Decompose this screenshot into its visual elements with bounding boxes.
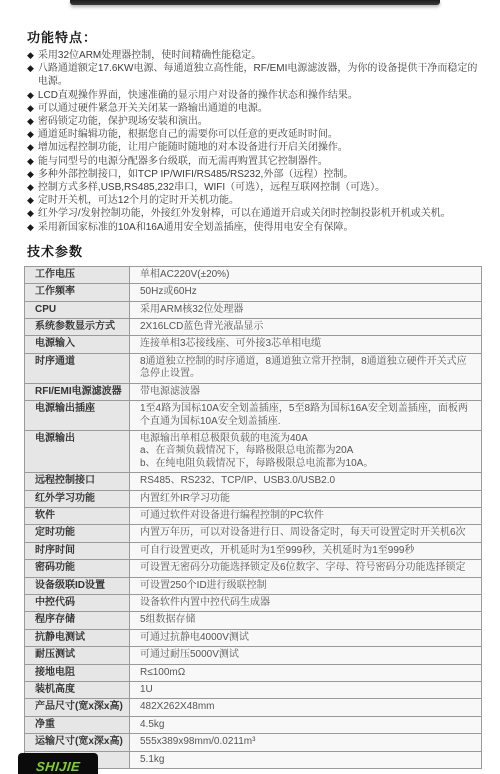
spec-row: RFI/EMI电源滤波器带电源滤波器 bbox=[25, 383, 482, 400]
feature-text: 定时开关机，可达12个月的定时开关机功能。 bbox=[38, 194, 239, 207]
feature-item: ◆增加远程控制功能，让用户能随时随地的对本设备进行开启关闭操作。 bbox=[27, 141, 483, 154]
spec-row: CPU采用ARM核32位处理器 bbox=[25, 301, 482, 318]
feature-text: 控制方式多样,USB,RS485,232串口，WIFI（可选），远程互联网控制（… bbox=[38, 181, 385, 194]
diamond-bullet-icon: ◆ bbox=[27, 194, 34, 207]
specs-table-body: 工作电压单相AC220V(±20%)工作频率50Hz或60HzCPU采用ARM核… bbox=[25, 266, 482, 768]
feature-item: ◆八路通道额定17.6KW电源、每通道独立高性能，RF/EMI电源滤波器，为你的… bbox=[27, 62, 483, 88]
spec-label: 远程控制接口 bbox=[25, 473, 130, 490]
feature-item: ◆采用新国家标准的10A和16A通用安全划盖插座，使得用电安全有保障。 bbox=[27, 221, 483, 234]
diamond-bullet-icon: ◆ bbox=[27, 221, 34, 234]
spec-row: 程序存储5组数据存储 bbox=[25, 612, 482, 629]
spec-label: 程序存储 bbox=[25, 612, 130, 629]
spec-row: 设备级联ID设置可设置250个ID进行级联控制 bbox=[25, 577, 482, 594]
diamond-bullet-icon: ◆ bbox=[27, 128, 34, 141]
spec-value: 可通过软件对设备进行编程控制的PC软件 bbox=[130, 507, 482, 524]
spec-label: 中控代码 bbox=[25, 594, 130, 611]
spec-value: 单相AC220V(±20%) bbox=[130, 266, 482, 283]
spec-row: 抗静电测试可通过抗静电4000V测试 bbox=[25, 629, 482, 646]
spec-label: 运输尺寸(宽x深x高) bbox=[25, 734, 130, 751]
feature-text: 增加远程控制功能，让用户能随时随地的对本设备进行开启关闭操作。 bbox=[38, 141, 348, 154]
diamond-bullet-icon: ◆ bbox=[27, 141, 34, 154]
spec-value: 可自行设置更改，开机延时为1至999秒，关机延时为1至999秒 bbox=[130, 542, 482, 559]
spec-row: 电源输入连接单相3芯接线座、可外接3芯单相电缆 bbox=[25, 336, 482, 353]
spec-value: 50Hz或60Hz bbox=[130, 284, 482, 301]
product-image-bottom-edge bbox=[70, 0, 440, 5]
diamond-bullet-icon: ◆ bbox=[27, 207, 34, 220]
spec-row: 远程控制接口RS485、RS232、TCP/IP、USB3.0/USB2.0 bbox=[25, 473, 482, 490]
spec-row: 产品尺寸(宽x深x高)482X262X48mm bbox=[25, 699, 482, 716]
feature-item: ◆红外学习/发射控制功能，外接红外发射棒，可以在通道开启或关闭时控制投影机开机或… bbox=[27, 207, 483, 220]
spec-value: 内置红外IR学习功能 bbox=[130, 490, 482, 507]
feature-text: 密码锁定功能，保护现场安装和演出。 bbox=[38, 115, 208, 128]
feature-text: 通道延时编辑功能，根据您自己的需要你可以任意的更改延时时间。 bbox=[38, 128, 338, 141]
feature-text: 采用32位ARM处理器控制，使时间精确性能稳定。 bbox=[38, 49, 261, 62]
spec-value: 4.5kg bbox=[130, 716, 482, 733]
spec-value: 555x389x98mm/0.0211m³ bbox=[130, 734, 482, 751]
spec-label: 定时功能 bbox=[25, 525, 130, 542]
diamond-bullet-icon: ◆ bbox=[27, 115, 34, 128]
spec-value: 2X16LCD蓝色背光液晶显示 bbox=[130, 319, 482, 336]
spec-row: 工作频率50Hz或60Hz bbox=[25, 284, 482, 301]
spec-row: 软件可通过软件对设备进行编程控制的PC软件 bbox=[25, 507, 482, 524]
diamond-bullet-icon: ◆ bbox=[27, 49, 34, 62]
feature-item: ◆定时开关机，可达12个月的定时开关机功能。 bbox=[27, 194, 483, 207]
spec-label: 工作频率 bbox=[25, 284, 130, 301]
brand-logo: SHIJIE bbox=[18, 753, 98, 774]
spec-row: 电源输出插座1至4路为国标10A安全划盖插座，5至8路为国标16A安全划盖插座，… bbox=[25, 401, 482, 431]
spec-sheet-page: 功能特点： ◆采用32位ARM处理器控制，使时间精确性能稳定。◆八路通道额定17… bbox=[0, 0, 500, 774]
spec-label: 耐压测试 bbox=[25, 647, 130, 664]
spec-row: 时序通道8通道独立控制的时序通道，8通道独立常开控制，8通道独立硬件开关式应急停… bbox=[25, 353, 482, 383]
spec-row: 定时功能内置万年历，可以对设备进行日、周设备定时，每天可设置定时开关机6次 bbox=[25, 525, 482, 542]
spec-value: 带电源滤波器 bbox=[130, 383, 482, 400]
spec-value: 可通过耐压5000V测试 bbox=[130, 647, 482, 664]
feature-text: LCD直观操作界面，快速准确的显示用户对设备的操作状态和操作结果。 bbox=[38, 89, 358, 102]
feature-item: ◆密码锁定功能，保护现场安装和演出。 bbox=[27, 115, 483, 128]
spec-value: 内置万年历，可以对设备进行日、周设备定时，每天可设置定时开关机6次 bbox=[130, 525, 482, 542]
feature-text: 能与同型号的电源分配器多台级联，而无需再购置其它控制器件。 bbox=[38, 155, 328, 168]
feature-text: 红外学习/发射控制功能，外接红外发射棒，可以在通道开启或关闭时控制投影机开机或关… bbox=[38, 207, 451, 220]
spec-value: 1至4路为国标10A安全划盖插座，5至8路为国标16A安全划盖插座，面板两个直通… bbox=[130, 401, 482, 431]
spec-value: 设备软件内置中控代码生成器 bbox=[130, 594, 482, 611]
feature-text: 采用新国家标准的10A和16A通用安全划盖插座，使得用电安全有保障。 bbox=[38, 221, 354, 234]
spec-row: 电源输出电源输出单相总极限负载的电流为40A a、在音频负载情况下，每路极限总电… bbox=[25, 430, 482, 472]
spec-row: 运输尺寸(宽x深x高)555x389x98mm/0.0211m³ bbox=[25, 734, 482, 751]
spec-value: 电源输出单相总极限负载的电流为40A a、在音频负载情况下，每路极限总电流都为2… bbox=[130, 430, 482, 472]
spec-row: 系统参数显示方式2X16LCD蓝色背光液晶显示 bbox=[25, 319, 482, 336]
spec-row: 装机高度1U bbox=[25, 682, 482, 699]
features-list: ◆采用32位ARM处理器控制，使时间精确性能稳定。◆八路通道额定17.6KW电源… bbox=[27, 49, 483, 234]
spec-label: 系统参数显示方式 bbox=[25, 319, 130, 336]
diamond-bullet-icon: ◆ bbox=[27, 168, 34, 181]
brand-logo-text: SHIJIE bbox=[35, 759, 81, 774]
diamond-bullet-icon: ◆ bbox=[27, 155, 34, 168]
spec-label: 接地电阻 bbox=[25, 664, 130, 681]
feature-item: ◆采用32位ARM处理器控制，使时间精确性能稳定。 bbox=[27, 49, 483, 62]
feature-item: ◆可以通过硬件紧急开关关闭某一路输出通道的电源。 bbox=[27, 102, 483, 115]
spec-label: 电源输出插座 bbox=[25, 401, 130, 431]
feature-item: ◆多种外部控制接口，如TCP IP/WIFI/RS485/RS232,外部（远程… bbox=[27, 168, 483, 181]
spec-value: 可设置无密码分功能选择锁定及6位数字、字母、符号密码分功能选择锁定 bbox=[130, 560, 482, 577]
spec-value: 连接单相3芯接线座、可外接3芯单相电缆 bbox=[130, 336, 482, 353]
diamond-bullet-icon: ◆ bbox=[27, 89, 34, 102]
specs-title: 技术参数 bbox=[27, 241, 483, 260]
spec-label: 设备级联ID设置 bbox=[25, 577, 130, 594]
spec-value: 采用ARM核32位处理器 bbox=[130, 301, 482, 318]
spec-label: 密码功能 bbox=[25, 560, 130, 577]
diamond-bullet-icon: ◆ bbox=[27, 181, 34, 194]
spec-value: 8通道独立控制的时序通道，8通道独立常开控制，8通道独立硬件开关式应急停止设置。 bbox=[130, 353, 482, 383]
spec-value: RS485、RS232、TCP/IP、USB3.0/USB2.0 bbox=[130, 473, 482, 490]
spec-row: 时序时间可自行设置更改，开机延时为1至999秒，关机延时为1至999秒 bbox=[25, 542, 482, 559]
spec-row: 工作电压单相AC220V(±20%) bbox=[25, 266, 482, 283]
feature-item: ◆控制方式多样,USB,RS485,232串口，WIFI（可选），远程互联网控制… bbox=[27, 181, 483, 194]
specs-table: 工作电压单相AC220V(±20%)工作频率50Hz或60HzCPU采用ARM核… bbox=[24, 266, 482, 769]
feature-text: 多种外部控制接口，如TCP IP/WIFI/RS485/RS232,外部（远程）… bbox=[38, 168, 353, 181]
spec-value: 1U bbox=[130, 682, 482, 699]
spec-label: 工作电压 bbox=[25, 266, 130, 283]
spec-label: 装机高度 bbox=[25, 682, 130, 699]
spec-value: 482X262X48mm bbox=[130, 699, 482, 716]
feature-text: 八路通道额定17.6KW电源、每通道独立高性能，RF/EMI电源滤波器，为你的设… bbox=[38, 62, 483, 88]
features-title: 功能特点： bbox=[27, 27, 483, 46]
diamond-bullet-icon: ◆ bbox=[27, 102, 34, 115]
spec-label: 红外学习功能 bbox=[25, 490, 130, 507]
spec-row: 净重4.5kg bbox=[25, 716, 482, 733]
feature-item: ◆通道延时编辑功能，根据您自己的需要你可以任意的更改延时时间。 bbox=[27, 128, 483, 141]
spec-label: RFI/EMI电源滤波器 bbox=[25, 383, 130, 400]
feature-item: ◆LCD直观操作界面，快速准确的显示用户对设备的操作状态和操作结果。 bbox=[27, 89, 483, 102]
spec-value: 5.1kg bbox=[130, 751, 482, 768]
spec-label: 软件 bbox=[25, 507, 130, 524]
spec-label: CPU bbox=[25, 301, 130, 318]
feature-item: ◆能与同型号的电源分配器多台级联，而无需再购置其它控制器件。 bbox=[27, 155, 483, 168]
spec-label: 产品尺寸(宽x深x高) bbox=[25, 699, 130, 716]
spec-label: 电源输入 bbox=[25, 336, 130, 353]
diamond-bullet-icon: ◆ bbox=[27, 62, 34, 75]
feature-text: 可以通过硬件紧急开关关闭某一路输出通道的电源。 bbox=[38, 102, 268, 115]
spec-row: 耐压测试可通过耐压5000V测试 bbox=[25, 647, 482, 664]
spec-row: 密码功能可设置无密码分功能选择锁定及6位数字、字母、符号密码分功能选择锁定 bbox=[25, 560, 482, 577]
content-area: 功能特点： ◆采用32位ARM处理器控制，使时间精确性能稳定。◆八路通道额定17… bbox=[27, 27, 483, 769]
spec-label: 抗静电测试 bbox=[25, 629, 130, 646]
spec-value: R≤100mΩ bbox=[130, 664, 482, 681]
spec-value: 可设置250个ID进行级联控制 bbox=[130, 577, 482, 594]
spec-row: 接地电阻R≤100mΩ bbox=[25, 664, 482, 681]
spec-label: 时序通道 bbox=[25, 353, 130, 383]
spec-label: 电源输出 bbox=[25, 430, 130, 472]
spec-value: 5组数据存储 bbox=[130, 612, 482, 629]
spec-row: 中控代码设备软件内置中控代码生成器 bbox=[25, 594, 482, 611]
spec-row: 红外学习功能内置红外IR学习功能 bbox=[25, 490, 482, 507]
spec-label: 时序时间 bbox=[25, 542, 130, 559]
spec-label: 净重 bbox=[25, 716, 130, 733]
spec-value: 可通过抗静电4000V测试 bbox=[130, 629, 482, 646]
